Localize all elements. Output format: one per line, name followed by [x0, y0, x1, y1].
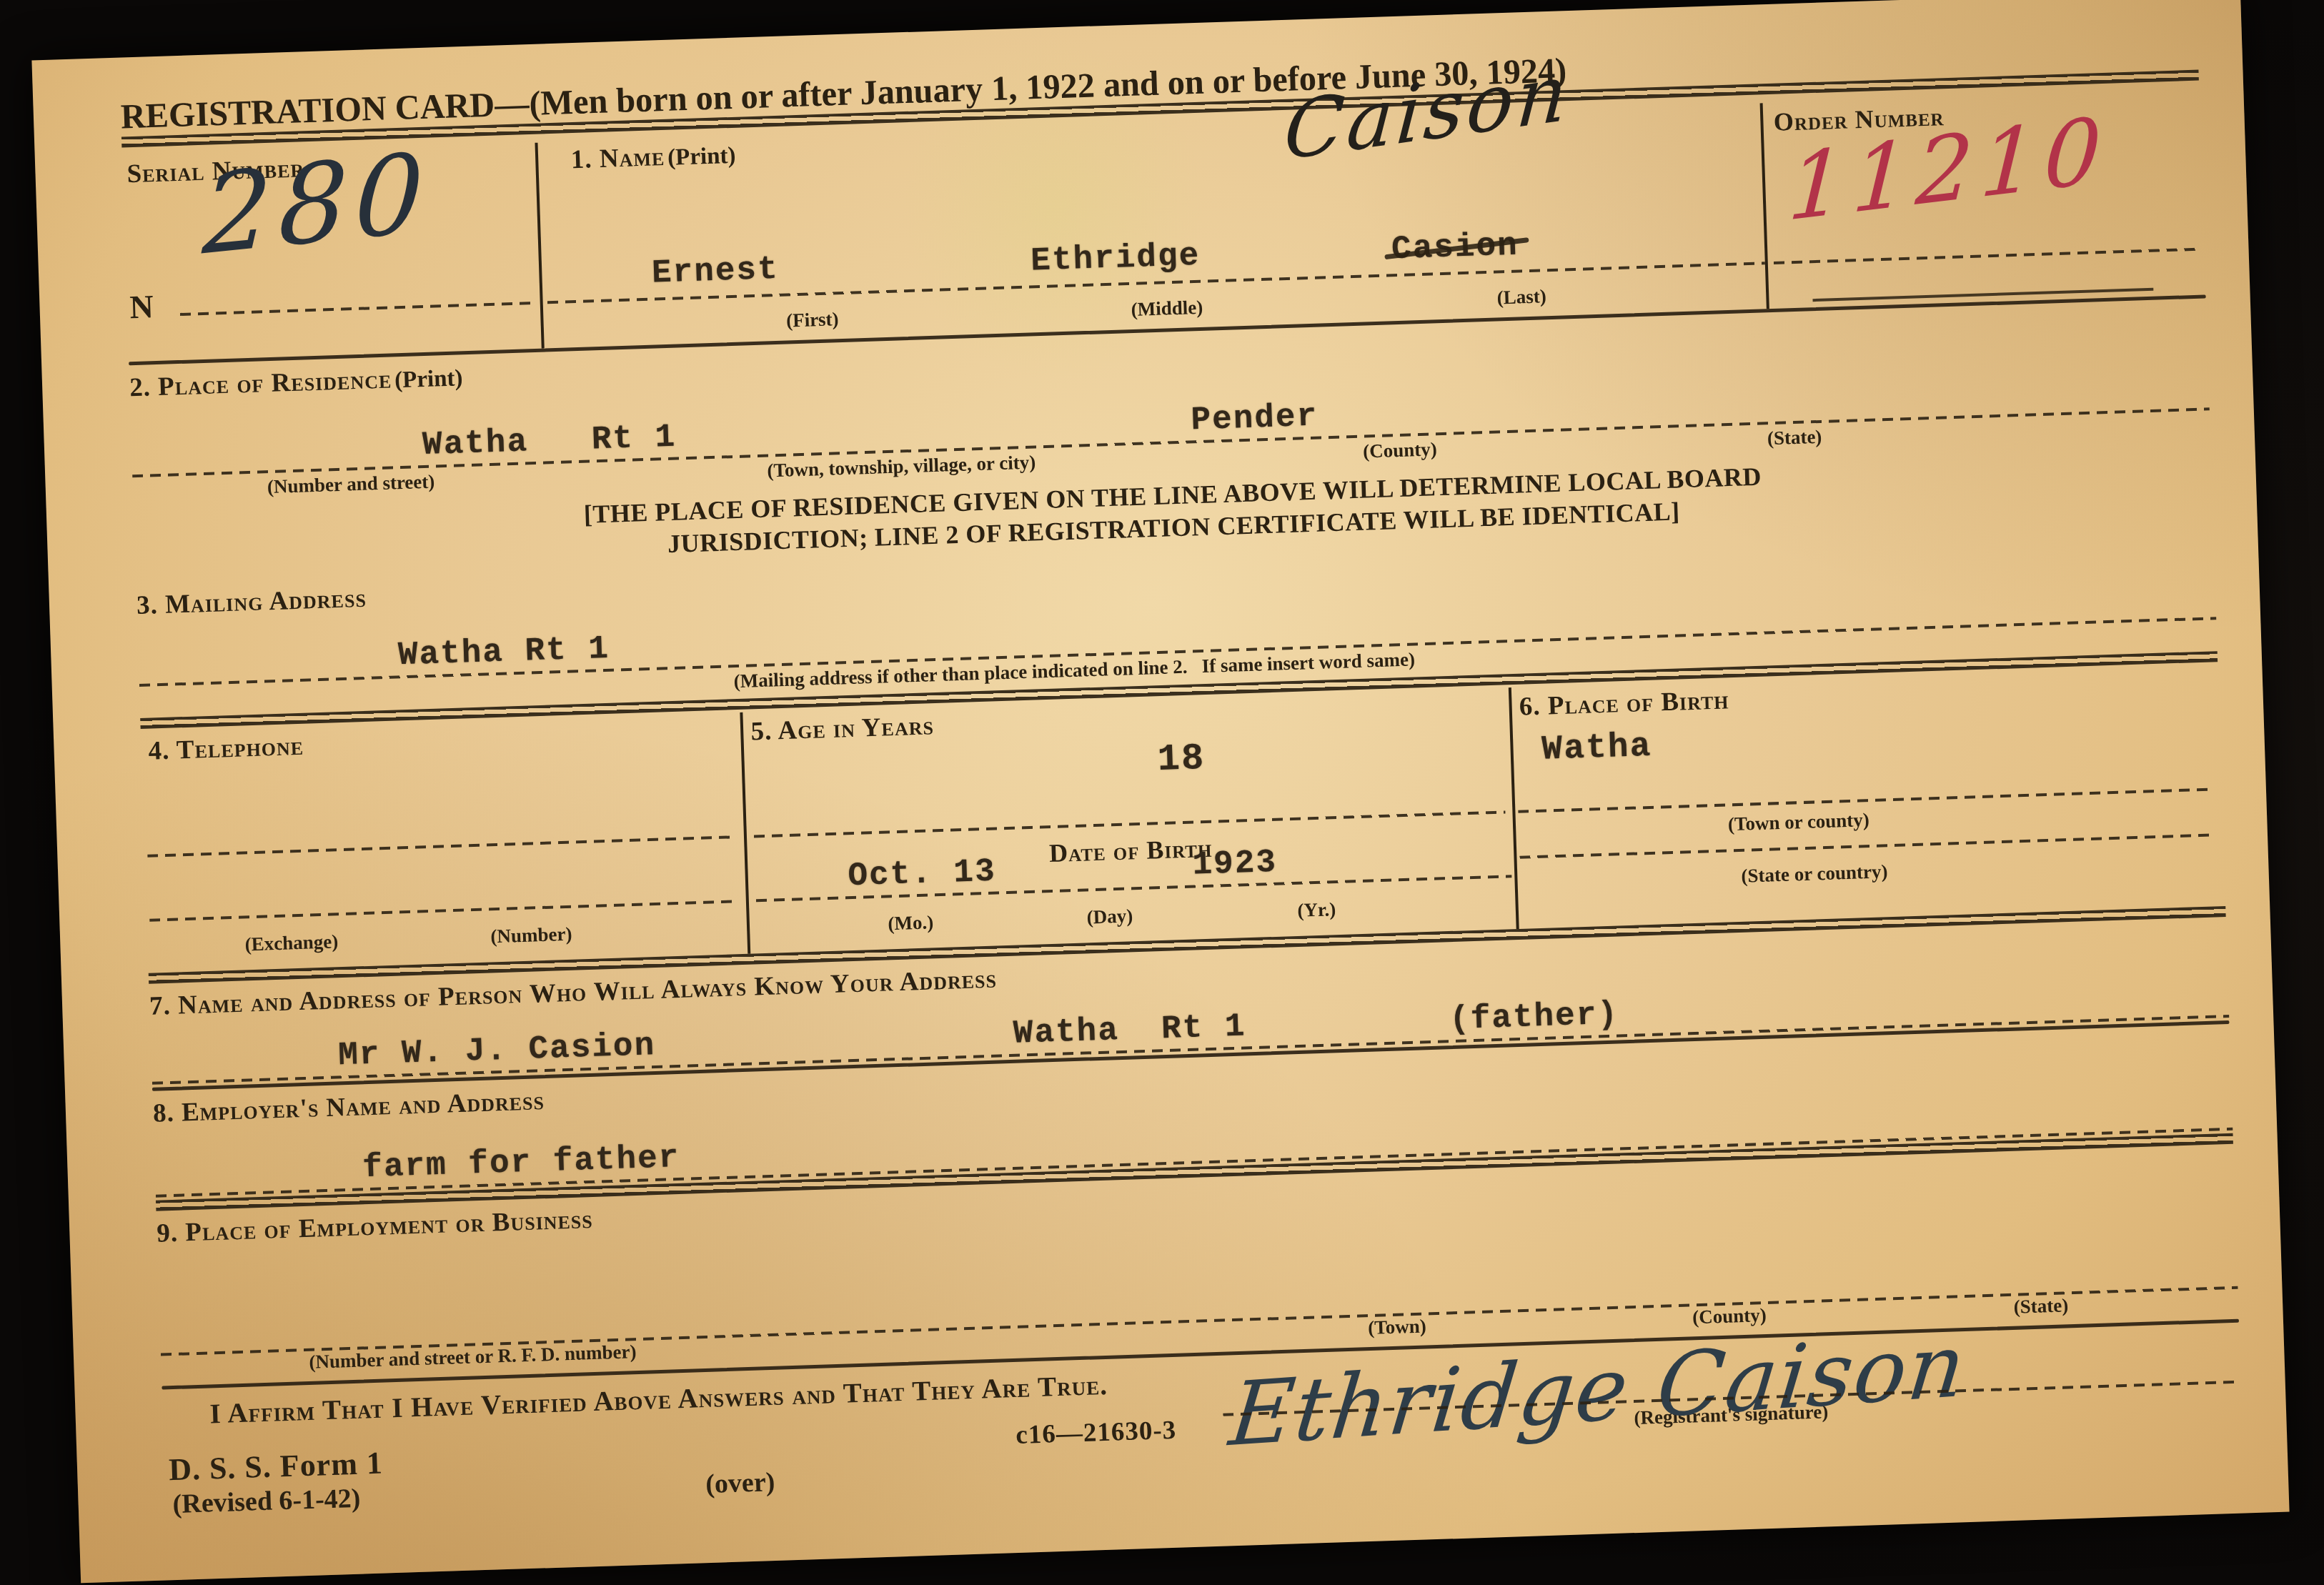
year-sublabel: (Yr.)	[1297, 898, 1336, 922]
telephone-exchange-sublabel: (Exchange)	[244, 930, 338, 955]
serial-number-box: Serial Number 280 N	[122, 143, 545, 362]
form-revision: (Revised 6-1-42)	[172, 1483, 361, 1520]
middle-sublabel: (Middle)	[1131, 297, 1203, 321]
age-label: 5. Age in Years	[750, 710, 935, 747]
residence-county-typed: Pender	[1191, 398, 1319, 439]
telephone-dashed-line-2	[149, 900, 733, 921]
telephone-label: 4. Telephone	[148, 731, 304, 767]
day-sublabel: (Day)	[1086, 905, 1133, 928]
employment-state-sublabel: (State)	[2013, 1294, 2068, 1318]
birthplace-label: 6. Place of Birth	[1519, 685, 1729, 722]
date-of-birth-label: Date of Birth	[1048, 833, 1213, 868]
birthplace-box: 6. Place of Birth Watha (Town or county)…	[1511, 665, 2225, 929]
name-label: 1. Name	[570, 142, 665, 174]
over-note: (over)	[705, 1466, 775, 1500]
birthplace-dashed-line-2	[1520, 833, 2216, 858]
telephone-dashed-line-1	[147, 835, 731, 857]
birthplace-town-sublabel: (Town or county)	[1727, 809, 1869, 835]
form-number: D. S. S. Form 1	[168, 1445, 383, 1489]
contact-address-typed: Watha Rt 1	[1013, 1008, 1246, 1052]
mailing-value-typed: Watha Rt 1	[397, 630, 610, 675]
birthplace-value-typed: Watha	[1541, 727, 1653, 770]
contact-relation-typed: (father)	[1449, 995, 1619, 1038]
residence-county-sublabel: (County)	[1363, 438, 1437, 462]
serial-prefix: N	[129, 287, 154, 326]
month-sublabel: (Mo.)	[888, 911, 934, 935]
age-birthdate-box: 5. Age in Years 18 Date of Birth Oct. 13…	[743, 687, 1519, 954]
birthplace-state-sublabel: (State or country)	[1741, 860, 1888, 888]
serial-dashed-line	[180, 302, 534, 316]
print-code: c16—21630-3	[1015, 1415, 1177, 1451]
first-sublabel: (First)	[786, 308, 839, 332]
serial-number-handwritten-value: 280	[201, 144, 432, 266]
employment-county-sublabel: (County)	[1692, 1304, 1767, 1328]
age-value-typed: 18	[1157, 737, 1206, 781]
photo-background: REGISTRATION CARD—(Men born on or after …	[0, 0, 2324, 1585]
telephone-number-sublabel: (Number)	[490, 923, 572, 948]
name-label-row: 1. Name (Print)	[570, 139, 736, 175]
card-content: REGISTRATION CARD—(Men born on or after …	[31, 0, 2289, 1583]
residence-state-sublabel: (State)	[1767, 426, 1822, 449]
first-name-typed: Ernest	[651, 251, 779, 292]
telephone-box: 4. Telephone (Exchange) (Number)	[141, 712, 751, 973]
residence-print-hint: (Print)	[394, 365, 463, 393]
middle-name-typed: Ethridge	[1031, 237, 1201, 280]
registration-card: REGISTRATION CARD—(Men born on or after …	[31, 0, 2289, 1583]
birth-year-typed: 1923	[1192, 844, 1278, 884]
residence-street-typed: Watha Rt 1	[422, 419, 677, 464]
residence-street-sublabel: (Number and street)	[267, 471, 434, 499]
order-number-box: Order Number 11210	[1763, 89, 2206, 309]
last-sublabel: (Last)	[1496, 285, 1546, 309]
name-print-hint: (Print)	[667, 143, 736, 171]
employment-town-sublabel: (Town)	[1368, 1315, 1426, 1339]
age-dashed-line	[754, 810, 1506, 838]
name-box: 1. Name (Print) Caison Ernest Ethridge C…	[537, 103, 1769, 348]
birth-month-day-typed: Oct. 13	[848, 853, 997, 895]
last-name-typed-struck: Casion	[1391, 227, 1519, 268]
order-dashed-line	[1774, 248, 2201, 264]
